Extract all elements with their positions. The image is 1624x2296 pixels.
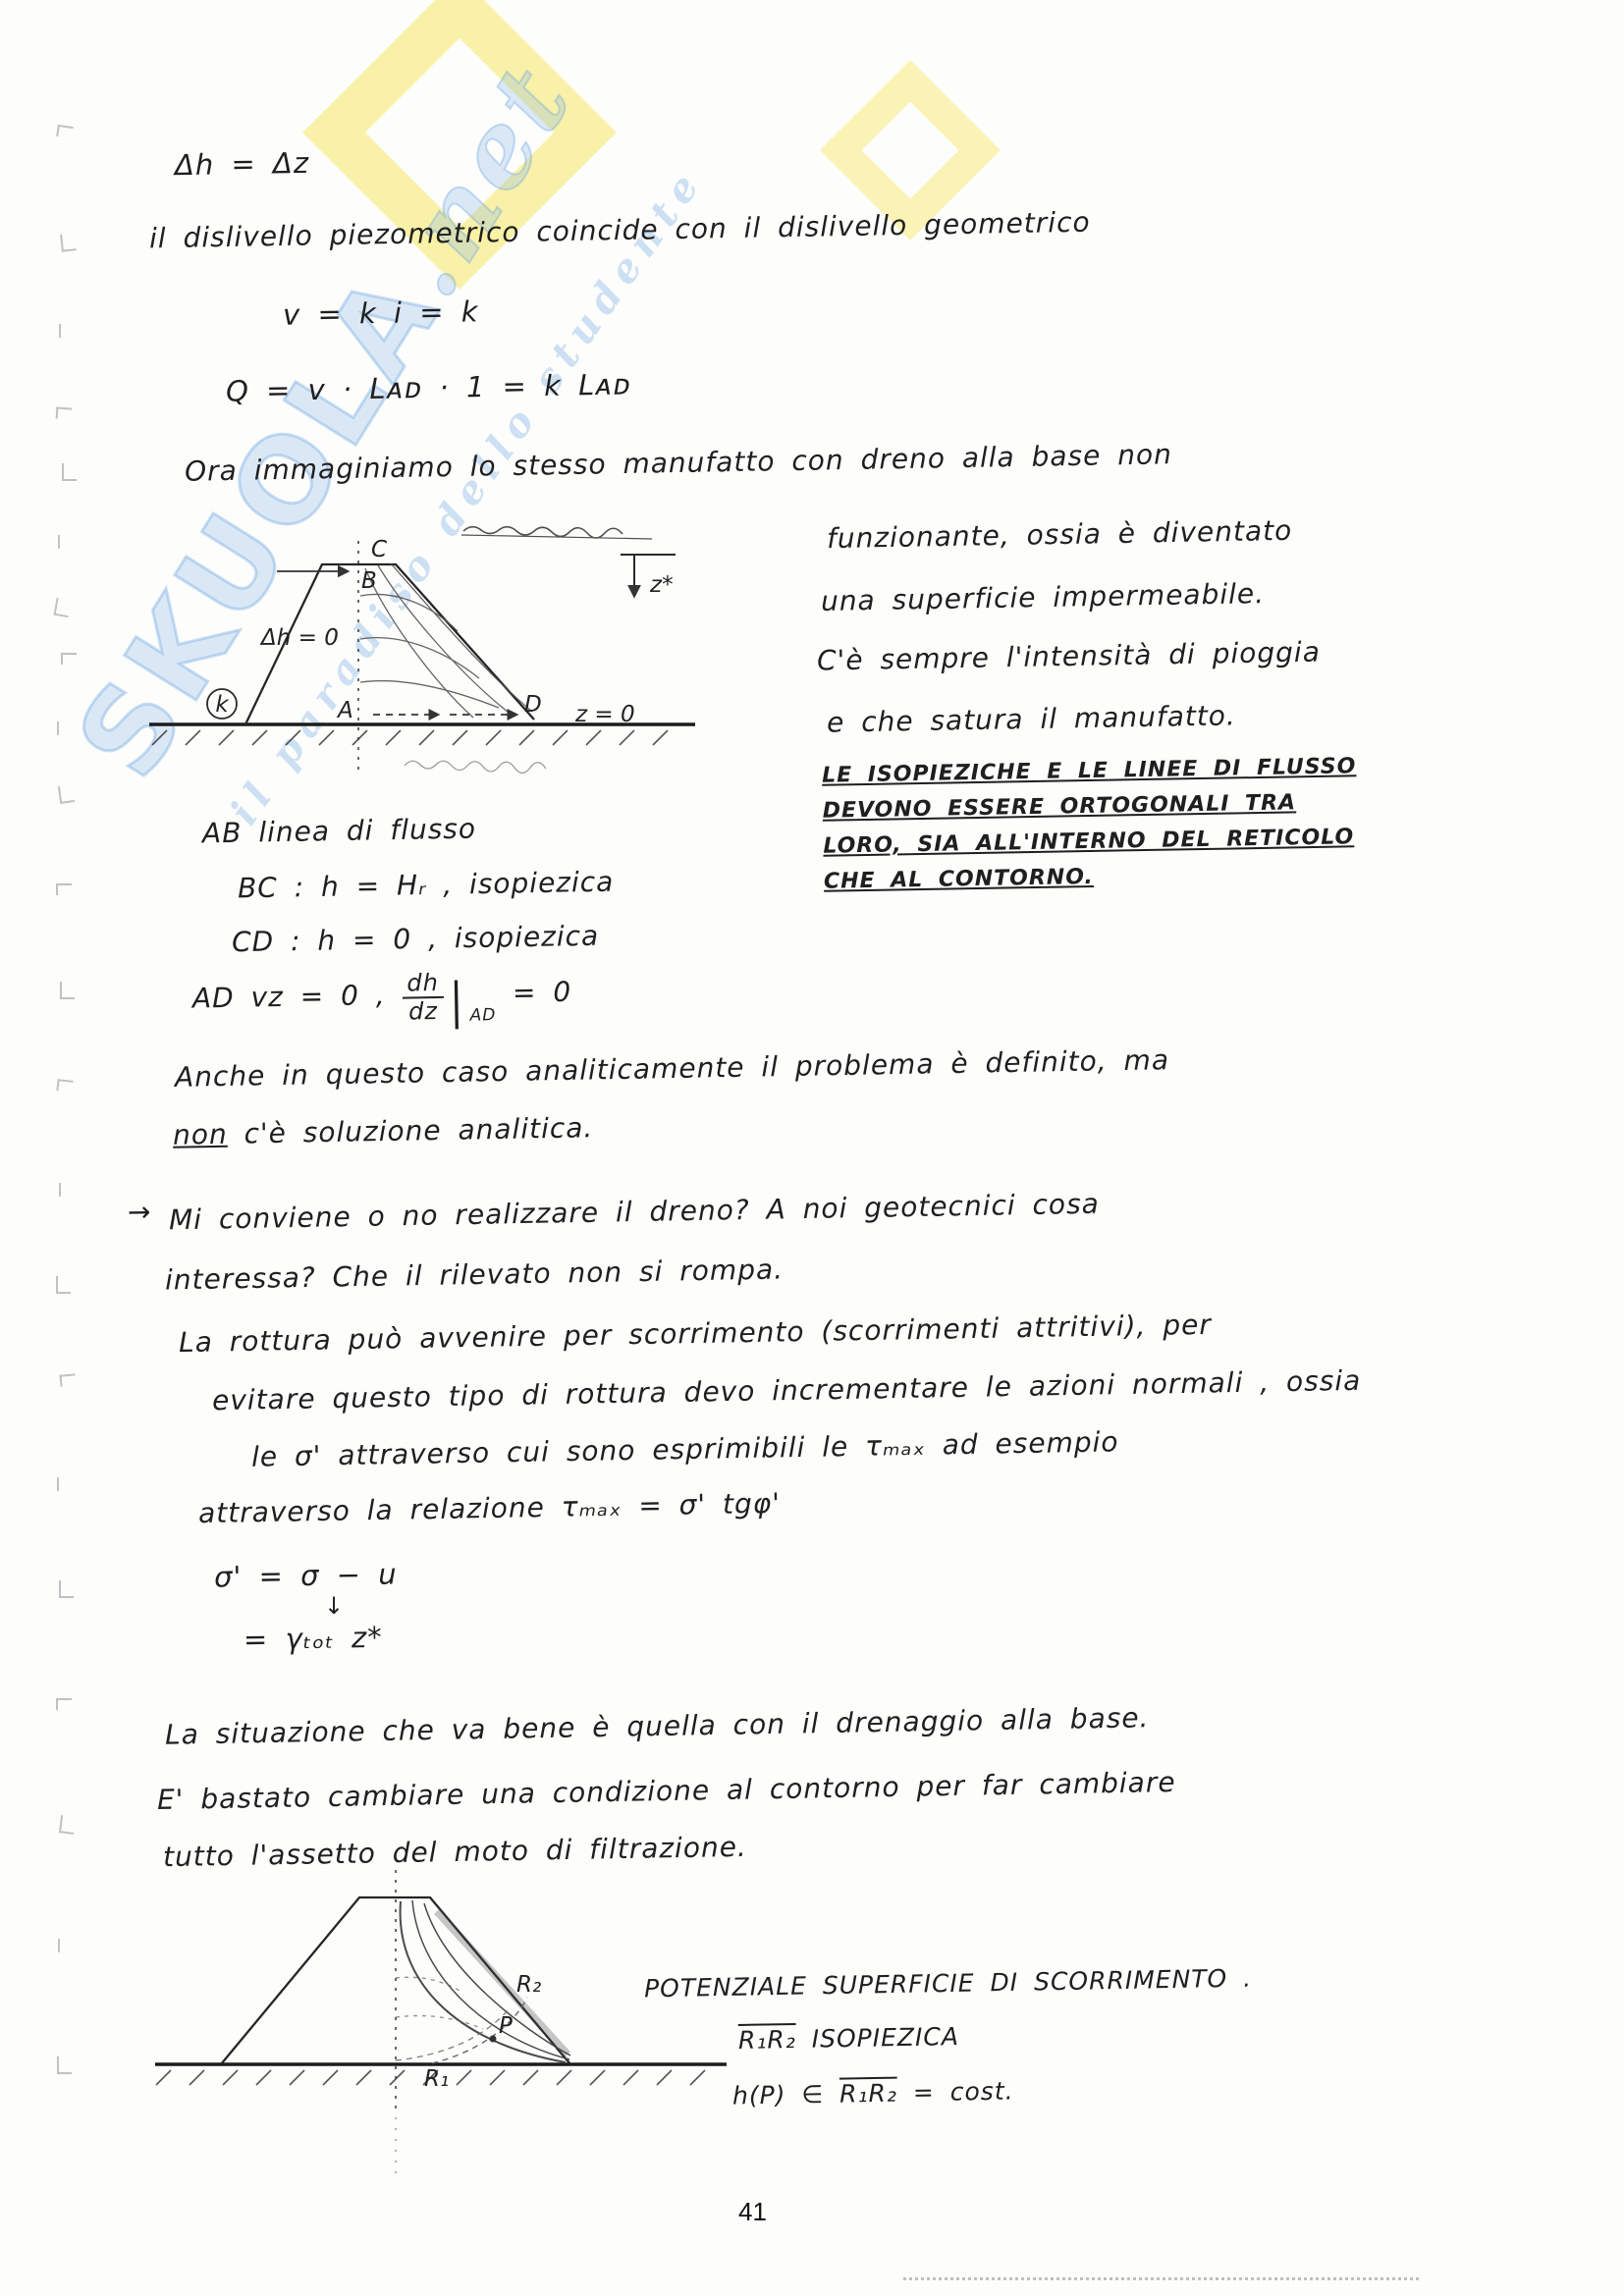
head-loss-label: Δh = 0 xyxy=(259,625,339,651)
down-arrow: ↓ xyxy=(324,1592,345,1620)
ground-hatching xyxy=(152,730,668,745)
para2-line1: Anche in questo caso analiticamente il p… xyxy=(175,1043,1169,1094)
intro-line-1: Ora immaginiamo lo stesso manufatto con … xyxy=(185,438,1172,488)
page-number: 41 xyxy=(738,2197,767,2227)
equation-portata: Q = v · Lᴀᴅ · 1 = k Lᴀᴅ xyxy=(226,367,631,407)
flow-note-CD: CD : h = 0 , isopiezica xyxy=(232,920,600,959)
scan-artifact xyxy=(54,598,72,617)
scan-artifact xyxy=(58,535,60,549)
flow-note-AD-prefix: AD vᴢ = 0 , xyxy=(192,979,386,1014)
orthogonality-note: LE ISOPIEZICHE E LE LINEE DI FLUSSO DEVO… xyxy=(822,749,1359,899)
zstar-label: z* xyxy=(649,572,674,598)
datum-label: z = 0 xyxy=(574,702,635,727)
scan-artifact xyxy=(58,784,75,804)
scan-artifact xyxy=(58,1939,60,1952)
scan-artifact xyxy=(62,463,77,481)
slip-surfaces xyxy=(401,1900,570,2062)
flow-net-curves xyxy=(360,563,532,718)
para3-line2: interessa? Che il rilevato non si rompa. xyxy=(165,1254,785,1297)
scan-artifact xyxy=(56,1276,71,1294)
para3-line1: Mi conviene o no realizzare il dreno? A … xyxy=(169,1188,1100,1237)
scan-artifact xyxy=(61,653,77,665)
intro-line-4: C'è sempre l'intensità di pioggia xyxy=(817,636,1321,677)
intro-line-2: funzionante, ossia è diventato xyxy=(827,514,1293,555)
scan-artifact xyxy=(57,1477,59,1491)
scan-artifact xyxy=(60,1373,77,1386)
scan-artifact xyxy=(56,125,74,138)
para2-line2-rest: c'è soluzione analitica. xyxy=(227,1111,593,1149)
scan-artifact xyxy=(56,406,73,419)
para3-line4: evitare questo tipo di rottura devo incr… xyxy=(212,1364,1362,1416)
para3-line5: le σ' attraverso cui sono esprimibili le… xyxy=(251,1425,1119,1472)
evaluated-bar: │ xyxy=(444,981,470,1029)
scan-artifact xyxy=(60,233,77,251)
para3-line6: attraverso la relazione τₘₐₓ = σ' tgφ' xyxy=(198,1487,781,1529)
para4-line2: E' bastato cambiare una condizione al co… xyxy=(157,1766,1176,1816)
slip-note-head: h(P) ∈ R₁R₂ = cost. xyxy=(732,2077,1014,2110)
evaluated-at-AD: AD xyxy=(470,1005,497,1025)
point-R1-label: R₁ xyxy=(424,2066,449,2092)
arrow-bullet: → xyxy=(128,1196,152,1228)
vertex-D: D xyxy=(524,692,542,718)
underlined-non: non xyxy=(173,1118,228,1151)
scan-artifact xyxy=(59,1580,74,1598)
scan-artifact xyxy=(59,1183,61,1197)
faint-scribble xyxy=(401,750,572,779)
scan-artifact xyxy=(59,324,61,338)
equation-v-ki: v = k i = k xyxy=(283,294,479,331)
scan-dots-row xyxy=(903,2277,1419,2280)
pore-pressure-eq: = γₜₒₜ z* xyxy=(244,1621,383,1656)
slip-surface-diagram: P R₂ R₁ xyxy=(137,1860,766,2189)
derivative-fraction: dhdz xyxy=(402,971,444,1025)
point-P-dot xyxy=(490,2036,497,2043)
head-note-suffix: = cost. xyxy=(897,2077,1014,2108)
flow-note-AB: AB linea di flusso xyxy=(202,813,477,850)
R1R2-overlined-2: R₁R₂ xyxy=(839,2079,897,2109)
scan-artifact xyxy=(59,1815,76,1835)
scanned-notes-page: SKUOLA.net il paradiso dello studente Δh… xyxy=(0,0,1624,2296)
scan-artifact xyxy=(56,1079,73,1093)
flow-note-AD: AD vᴢ = 0 , dhdz│AD = 0 xyxy=(192,969,572,1034)
point-R2-label: R₂ xyxy=(516,1972,541,1998)
slip-note-isopieza: R₁R₂ ISOPIEZICA xyxy=(738,2022,959,2055)
para3-line3: La rottura può avvenire per scorrimento … xyxy=(179,1308,1212,1359)
isopieza-word: ISOPIEZICA xyxy=(796,2022,960,2054)
watermark-suffix-text: .net xyxy=(362,41,597,317)
scan-artifact xyxy=(56,883,72,895)
permeability-label: k xyxy=(215,692,230,718)
R1R2-overlined: R₁R₂ xyxy=(738,2025,796,2055)
scan-artifact xyxy=(57,2056,72,2074)
effective-stress-eq: σ' = σ − u xyxy=(214,1557,398,1593)
point-P-label: P xyxy=(499,2013,513,2039)
equation-dh-dz: Δh = Δz xyxy=(175,146,310,182)
vertex-C: C xyxy=(371,537,387,562)
crossed-out-note xyxy=(461,527,652,539)
text-dislivello: il dislivello piezometrico coincide con … xyxy=(149,206,1091,255)
scan-artifact xyxy=(57,721,59,735)
vertex-A: A xyxy=(336,698,353,723)
head-note-prefix: h(P) ∈ xyxy=(732,2080,840,2110)
flow-note-AD-eq: = 0 xyxy=(513,976,572,1009)
para4-line1: La situazione che va bene è quella con i… xyxy=(165,1701,1150,1750)
intro-line-3: una superficie impermeabile. xyxy=(821,577,1266,617)
scan-artifact xyxy=(56,1698,72,1710)
scan-artifact xyxy=(60,982,75,999)
flow-note-BC: BC : h = Hᵣ , isopiezica xyxy=(238,866,615,905)
para2-line2: non c'è soluzione analitica. xyxy=(173,1111,594,1150)
vertex-B: B xyxy=(361,568,377,594)
intro-line-5: e che satura il manufatto. xyxy=(827,699,1236,738)
